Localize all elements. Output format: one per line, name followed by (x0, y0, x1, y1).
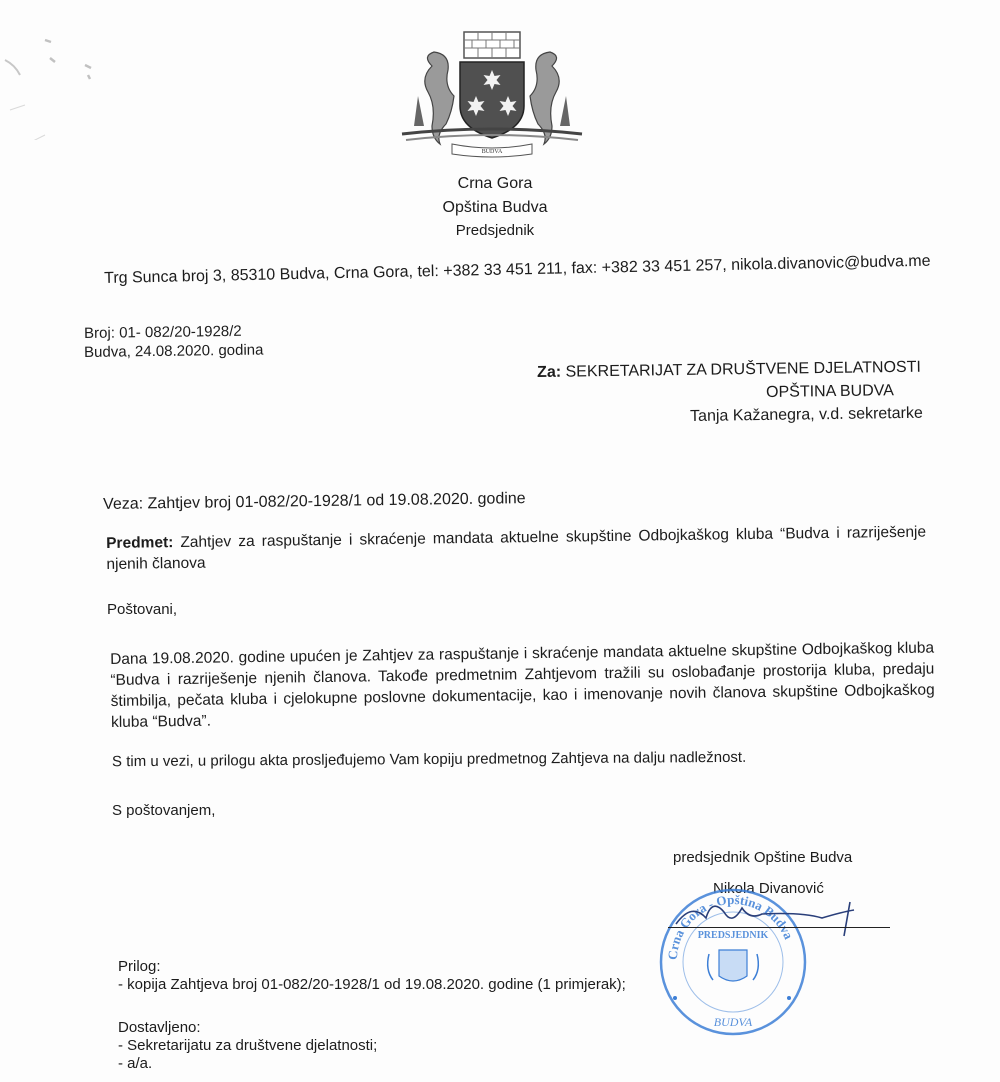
salutation: Poštovani, (107, 601, 177, 618)
recipient-line-3: Tanja Kažanegra, v.d. sekretarke (690, 405, 923, 426)
delivered-item: - a/a. (118, 1055, 152, 1072)
office-name: Predsjednik (380, 222, 610, 239)
address-line: Trg Sunca broj 3, 85310 Budva, Crna Gora… (104, 253, 931, 288)
scan-artifact (0, 20, 110, 140)
signature-line (668, 927, 890, 928)
reference-line: Veza: Zahtjev broj 01-082/20-1928/1 od 1… (103, 490, 526, 514)
place-date: Budva, 24.08.2020. godina (84, 341, 264, 361)
body-paragraph-2: S tim u vezi, u prilogu akta prosljeđuje… (112, 749, 746, 770)
recipient-label: Za: (537, 364, 561, 381)
delivered-item: - Sekretarijatu za društvene djelatnosti… (118, 1037, 377, 1054)
handwritten-signature-icon (672, 890, 892, 940)
attachments-label: Prilog: (118, 958, 161, 975)
coat-of-arms-icon: BUDVA (392, 26, 592, 158)
country-name: Crna Gora (380, 175, 610, 193)
subject-label: Predmet: (106, 534, 173, 552)
attachment-item: - kopija Zahtjeva broj 01-082/20-1928/1 … (118, 976, 626, 993)
signatory-title: predsjednik Opštine Budva (673, 849, 852, 866)
svg-text:BUDVA: BUDVA (714, 1015, 753, 1029)
closing: S poštovanjem, (112, 802, 215, 819)
delivered-label: Dostavljeno: (118, 1019, 201, 1036)
document-number: Broj: 01- 082/20-1928/2 (84, 323, 242, 342)
recipient-org: SEKRETARIJAT ZA DRUŠTVENE DJELATNOSTI (561, 359, 921, 381)
letter-page: BUDVA Crna Gora Opština Budva Predsjedni… (0, 0, 1000, 1082)
subject: Predmet: Zahtjev za raspuštanje i skraće… (106, 522, 927, 575)
body-paragraph-1: Dana 19.08.2020. godine upućen je Zahtje… (110, 637, 935, 732)
recipient-line-1: Za: SEKRETARIJAT ZA DRUŠTVENE DJELATNOST… (537, 359, 921, 382)
svg-text:BUDVA: BUDVA (482, 149, 503, 155)
municipality-name: Opština Budva (380, 199, 610, 217)
recipient-line-2: OPŠTINA BUDVA (766, 382, 894, 402)
